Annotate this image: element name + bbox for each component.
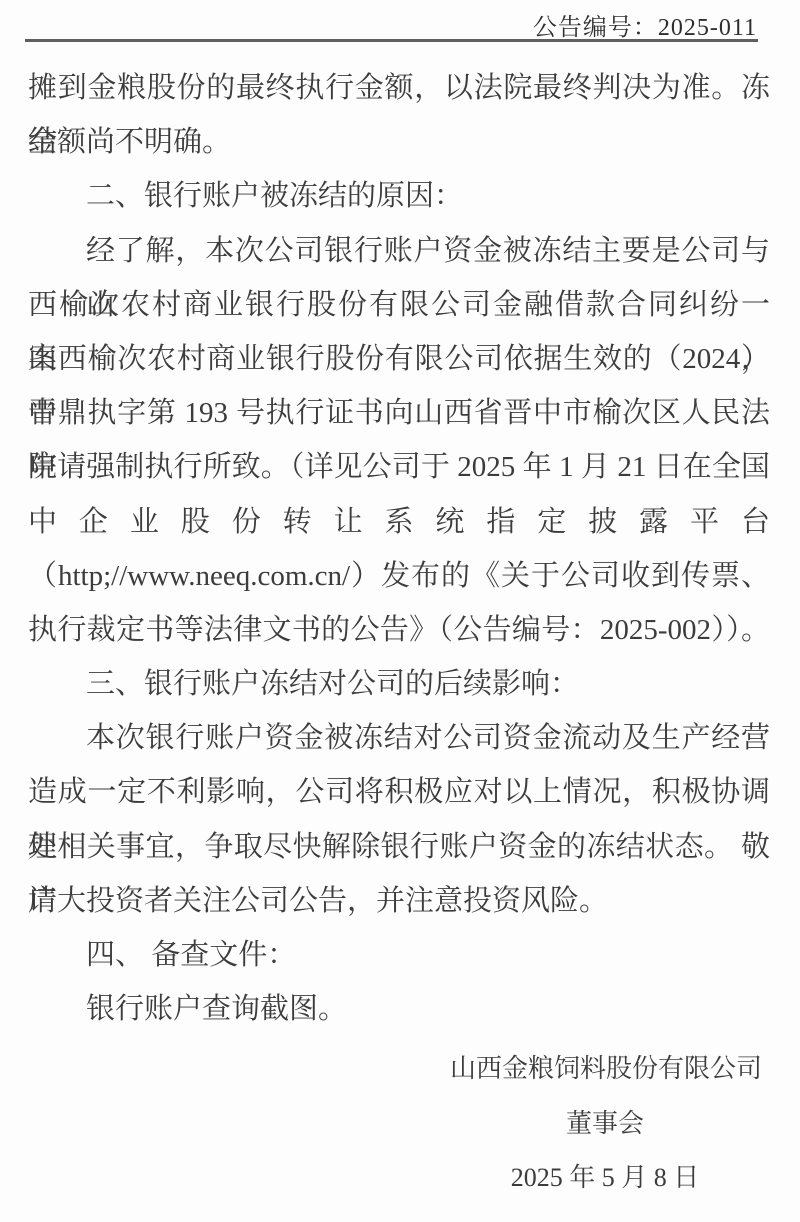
body-line: 理相关事宜，争取尽快解除银行账户资金的冻结状态。 敬请 bbox=[28, 820, 770, 874]
body-line: 二、银行账户被冻结的原因： bbox=[28, 169, 770, 223]
body-line: 本次银行账户资金被冻结对公司资金流动及生产经营 bbox=[28, 711, 770, 765]
body-line: 四、 备查文件： bbox=[28, 928, 770, 982]
body-line: （http;//www.neeq.com.cn/）发布的《关于公司收到传票、 bbox=[28, 549, 770, 603]
signature-company: 山西金粮饲料股份有限公司 bbox=[450, 1042, 760, 1097]
announcement-page: 公告编号：2025-011 摊到金粮股份的最终执行金额，以法院最终判决为准。冻结… bbox=[0, 0, 800, 1222]
body-line: 广大投资者关注公司公告，并注意投资风险。 bbox=[28, 874, 770, 928]
body-line: 三、银行账户冻结对公司的后续影响： bbox=[28, 657, 770, 711]
body-line: 造成一定不利影响，公司将积极应对以上情况，积极协调处 bbox=[28, 765, 770, 819]
body-line: 执行裁定书等法律文书的公告》（公告编号：2025-002））。 bbox=[28, 603, 770, 657]
signature-block: 山西金粮饲料股份有限公司 董事会 2025 年 5 月 8 日 bbox=[450, 1042, 760, 1206]
body-line: 中鼎执字第 193 号执行证书向山西省晋中市榆次区人民法院 bbox=[28, 386, 770, 440]
body-line: 银行账户查询截图。 bbox=[28, 982, 770, 1036]
body-line: 摊到金粮股份的最终执行金额，以法院最终判决为准。冻结 bbox=[28, 61, 770, 115]
body-line: 中 企 业 股 份 转 让 系 统 指 定 披 露 平 台 bbox=[28, 495, 770, 549]
announcement-number: 公告编号：2025-011 bbox=[533, 15, 757, 41]
signature-date: 2025 年 5 月 8 日 bbox=[450, 1151, 760, 1206]
body-line: 申请强制执行所致。（详见公司于 2025 年 1 月 21 日在全国 bbox=[28, 440, 770, 494]
body-line: 金额尚不明确。 bbox=[28, 115, 770, 169]
document-header: 公告编号：2025-011 bbox=[0, 0, 800, 36]
body-line: 西榆次农村商业银行股份有限公司金融借款合同纠纷一案， bbox=[28, 278, 770, 332]
signature-board: 董事会 bbox=[450, 1097, 760, 1152]
document-body: 摊到金粮股份的最终执行金额，以法院最终判决为准。冻结金额尚不明确。二、银行账户被… bbox=[28, 61, 770, 1036]
body-line: 经了解，本次公司银行账户资金被冻结主要是公司与山 bbox=[28, 224, 770, 278]
body-line: 山西榆次农村商业银行股份有限公司依据生效的（2024）晋 bbox=[28, 332, 770, 386]
